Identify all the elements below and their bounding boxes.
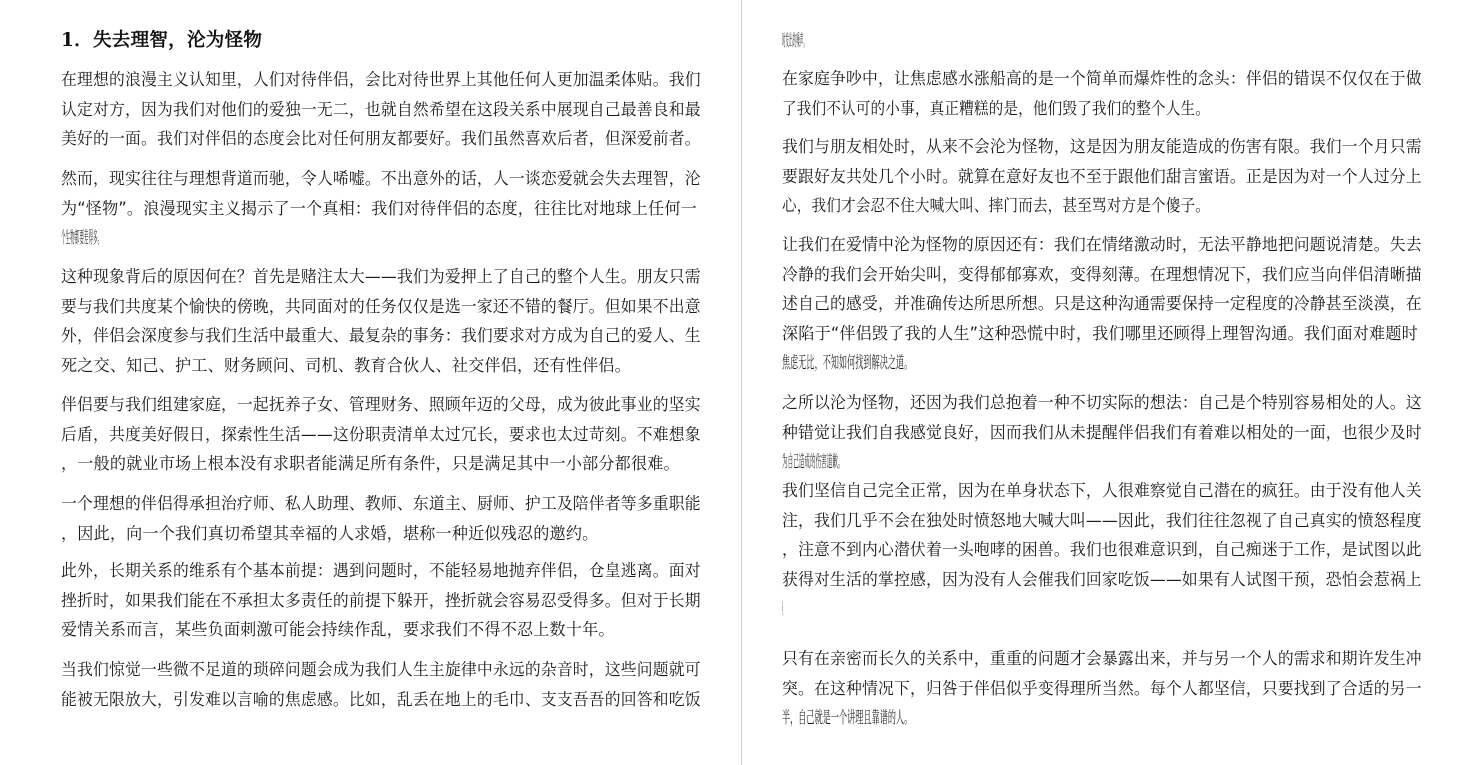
section-heading: 1．失去理智，沦为怪物: [61, 27, 262, 55]
text-line: 我们坚信自己完全正常，因为在单身状态下，人很难察觉自己潜在的疯狂。由于没有他人关: [782, 476, 1411, 506]
text-line: 只有在亲密而长久的关系中，重重的问题才会暴露出来，并与另一个人的需求和期许发生冲: [782, 644, 1411, 674]
right-page-column: 时发出的噪声。在家庭争吵中，让焦虑感水涨船高的是一个简单而爆炸性的念头：伴侣的错…: [782, 0, 1442, 765]
text-line: 为“怪物”。浪漫现实主义揭示了一个真相：我们对待伴侣的态度，往往比对地球上任何一: [61, 194, 701, 224]
paragraph: 一个理想的伴侣得承担治疗师、私人助理、教师、东道主、厨师、护工及陪伴者等多重职能…: [61, 489, 721, 548]
text-line: 深陷于“伴侣毁了我的人生”这种恐慌中时，我们哪里还顾得上理智沟通。我们面对难题时: [782, 319, 1422, 349]
text-line: 在家庭争吵中，让焦虑感水涨船高的是一个简单而爆炸性的念头：伴侣的错误不仅仅在于做: [782, 64, 1411, 94]
text-line: 心，我们才会忍不住大喊大叫、摔门而去，甚至骂对方是个傻子。: [782, 191, 1362, 221]
text-line: 伴侣要与我们组建家庭，一起抚养子女、管理财务、照顾年迈的父母，成为彼此事业的坚实: [61, 390, 690, 420]
text-line: 要跟好友共处几个小时。就算在意好友也不至于跟他们甜言蜜语。正是因为对一个人过分上: [782, 162, 1411, 192]
text-line: 让我们在爱情中沦为怪物的原因还有：我们在情绪激动时，无法平静地把问题说清楚。失去: [782, 230, 1411, 260]
text-line: 我们与朋友相处时，从来不会沦为怪物，这是因为朋友能造成的伤害有限。我们一个月只需: [782, 132, 1411, 162]
text-line: 了我们不认可的小事，真正糟糕的是，他们毁了我们的整个人生。: [782, 94, 1362, 124]
text-line: 获得对生活的掌控感，因为没有人会催我们回家吃饭——如果有人试图干预，恐怕会惹祸上: [782, 565, 1411, 595]
text-line: 为自己造成的伤害道歉。: [782, 447, 1002, 477]
text-line: 述自己的感受，并准确传达所思所想。只是这种沟通需要保持一定程度的冷静甚至淡漠，在: [782, 289, 1411, 319]
text-line: 个生物都要差得多。: [61, 223, 241, 253]
text-line: 然而，现实往往与理想背道而驰，令人唏嘘。不出意外的话，人一谈恋爱就会失去理智，沦: [61, 164, 690, 194]
text-line: 这种现象背后的原因何在？首先是赌注太大——我们为爱押上了自己的整个人生。朋友只需: [61, 262, 690, 292]
column-divider: [741, 0, 742, 765]
text-line: 一个理想的伴侣得承担治疗师、私人助理、教师、东道主、厨师、护工及陪伴者等多重职能: [61, 489, 690, 519]
text-line: 认定对方，因为我们对他们的爱独一无二，也就自然希望在这段关系中展现自己最善良和最: [61, 95, 690, 125]
paragraph: 让我们在爱情中沦为怪物的原因还有：我们在情绪激动时，无法平静地把问题说清楚。失去…: [782, 230, 1442, 378]
text-line: 此外，长期关系的维系有个基本前提：遇到问题时，不能轻易地抛弃伴侣，仓皇逃离。面对: [61, 556, 690, 586]
paragraph: 我们坚信自己完全正常，因为在单身状态下，人很难察觉自己潜在的疯狂。由于没有他人关…: [782, 476, 1442, 624]
paragraph: 伴侣要与我们组建家庭，一起抚养子女、管理财务、照顾年迈的父母，成为彼此事业的坚实…: [61, 390, 721, 479]
paragraph: 这种现象背后的原因何在？首先是赌注太大——我们为爱押上了自己的整个人生。朋友只需…: [61, 262, 721, 380]
text-line: ，一般的就业市场上根本没有求职者能满足所有条件，只是满足其中一小部分都很难。: [61, 449, 701, 479]
paragraph: 此外，长期关系的维系有个基本前提：遇到问题时，不能轻易地抛弃伴侣，仓皇逃离。面对…: [61, 556, 721, 645]
text-line: 后盾，共度美好假日，探索性生活——这份职责清单太过冗长，要求也太过苛刻。不难想象: [61, 420, 690, 450]
text-line: 美好的一面。我们对伴侣的态度会比对任何朋友都要好。我们虽然喜欢后者，但深爱前者。: [61, 124, 690, 154]
text-line: 当我们惊觉一些微不足道的琐碎问题会成为我们人生主旋律中永远的杂音时，这些问题就可: [61, 655, 690, 685]
text-line: ，因此，向一个我们真切希望其幸福的人求婚，堪称一种近似残忍的邀约。: [61, 519, 701, 549]
text-line: 冷静的我们会开始尖叫，变得郁郁寡欢，变得刻薄。在理想情况下，我们应当向伴侣清晰描: [782, 260, 1411, 290]
text-line: 在理想的浪漫主义认知里，人们对待伴侣，会比对待世界上其他任何人更加温柔体贴。我们: [61, 65, 690, 95]
text-line: 之所以沦为怪物，还因为我们总抱着一种不切实际的想法：自己是个特别容易相处的人。这: [782, 388, 1411, 418]
paragraph: 之所以沦为怪物，还因为我们总抱着一种不切实际的想法：自己是个特别容易相处的人。这…: [782, 388, 1442, 477]
paragraph: 我们与朋友相处时，从来不会沦为怪物，这是因为朋友能造成的伤害有限。我们一个月只需…: [782, 132, 1442, 221]
text-line: 身。: [782, 594, 822, 624]
text-line: 能被无限放大，引发难以言喻的焦虑感。比如，乱丢在地上的毛巾、支支吾吾的回答和吃饭: [61, 685, 690, 715]
paragraph: 在家庭争吵中，让焦虑感水涨船高的是一个简单而爆炸性的念头：伴侣的错误不仅仅在于做…: [782, 64, 1442, 123]
text-line: 时发出的噪声。: [782, 26, 922, 56]
text-line: 爱情关系而言，某些负面刺激可能会持续作乱，要求我们不得不忍上数十年。: [61, 615, 701, 645]
paragraph: 然而，现实往往与理想背道而驰，令人唏嘘。不出意外的话，人一谈恋爱就会失去理智，沦…: [61, 164, 721, 253]
text-line: 外，伴侣会深度参与我们生活中最重大、最复杂的事务：我们要求对方成为自己的爱人、生: [61, 321, 690, 351]
text-line: 突。在这种情况下，归咎于伴侣似乎变得理所当然。每个人都坚信，只要找到了合适的另一: [782, 674, 1411, 704]
text-line: 死之交、知己、护工、财务顾问、司机、教育合伙人、社交伴侣，还有性伴侣。: [61, 351, 701, 381]
paragraph: 在理想的浪漫主义认知里，人们对待伴侣，会比对待世界上其他任何人更加温柔体贴。我们…: [61, 65, 721, 154]
left-page-column: 1．失去理智，沦为怪物 在理想的浪漫主义认知里，人们对待伴侣，会比对待世界上其他…: [61, 0, 721, 765]
text-line: 要与我们共度某个愉快的傍晚，共同面对的任务仅仅是选一家还不错的餐厅。但如果不出意: [61, 292, 690, 322]
paragraph: 当我们惊觉一些微不足道的琐碎问题会成为我们人生主旋律中永远的杂音时，这些问题就可…: [61, 655, 721, 714]
text-line: ，注意不到内心潜伏着一头咆哮的困兽。我们也很难意识到，自己痴迷于工作，是试图以此: [782, 535, 1411, 565]
text-line: 种错觉让我们自我感觉良好，因而我们从未提醒伴侣我们有着难以相处的一面，也很少及时: [782, 418, 1411, 448]
text-line: 注，我们几乎不会在独处时愤怒地大喊大叫——因此，我们往往忽视了自己真实的愤怒程度: [782, 506, 1411, 536]
paragraph: 时发出的噪声。: [782, 26, 1442, 56]
text-line: 焦虑无比，不知如何找到解决之道。: [782, 348, 1102, 378]
text-line: 半，自己就是一个讲理且靠谱的人。: [782, 703, 1102, 733]
paragraph: 只有在亲密而长久的关系中，重重的问题才会暴露出来，并与另一个人的需求和期许发生冲…: [782, 644, 1442, 733]
text-line: 挫折时，如果我们能在不承担太多责任的前提下躲开，挫折就会容易忍受得多。但对于长期: [61, 586, 690, 616]
